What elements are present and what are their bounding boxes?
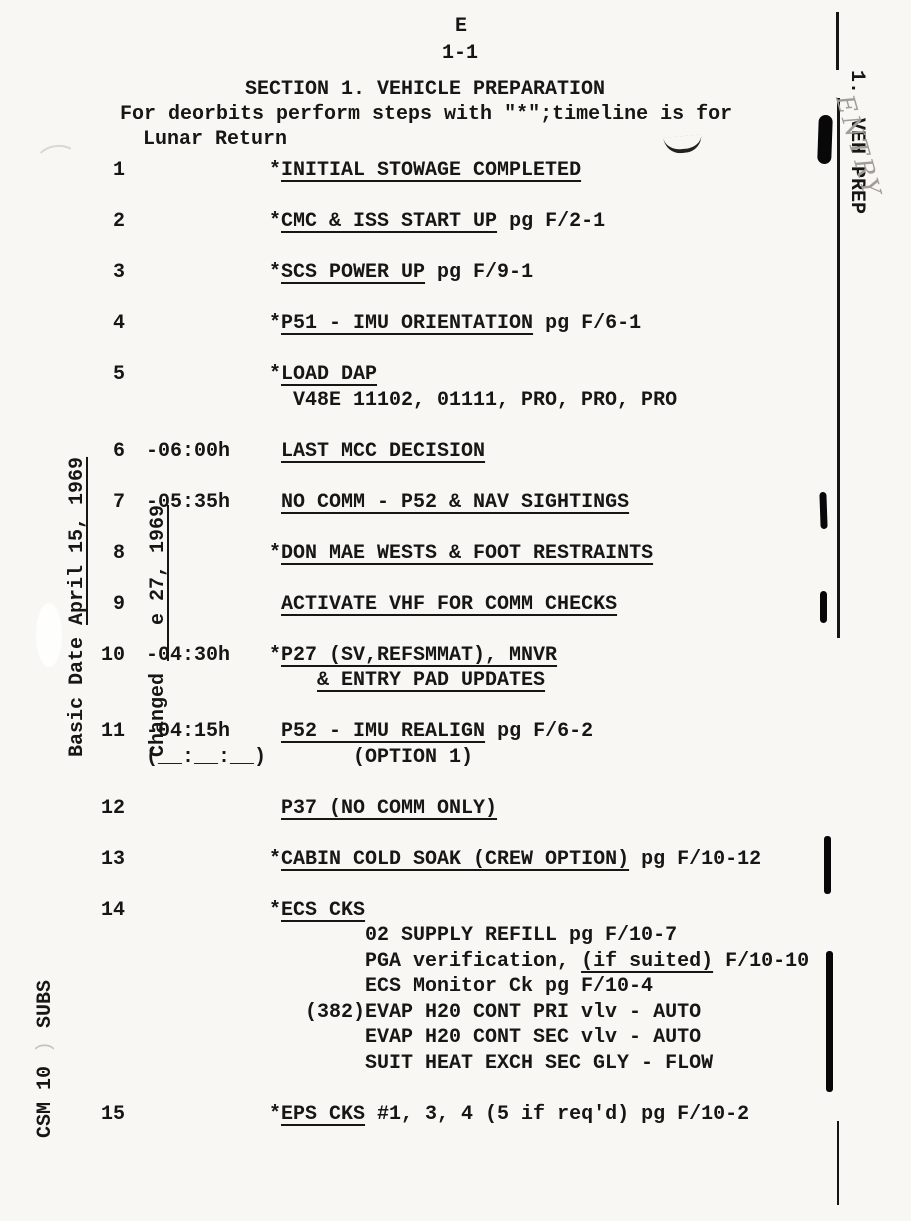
- procedure-text: *: [269, 312, 281, 335]
- checklist-step: 13*CABIN COLD SOAK (CREW OPTION) pg F/10…: [101, 847, 871, 873]
- step-text: LAST MCC DECISION: [269, 439, 871, 465]
- procedure-title: P51 - IMU ORIENTATION: [281, 312, 533, 335]
- step-text: *CMC & ISS START UP pg F/2-1: [269, 209, 871, 235]
- checklist-step: 4*P51 - IMU ORIENTATION pg F/6-1: [101, 311, 871, 337]
- step-text: *EPS CKS #1, 3, 4 (5 if req'd) pg F/10-2: [269, 1102, 871, 1128]
- step-text: *CABIN COLD SOAK (CREW OPTION) pg F/10-1…: [269, 847, 871, 873]
- step-text-line: & ENTRY PAD UPDATES: [269, 668, 871, 694]
- step-text-line: *CMC & ISS START UP pg F/2-1: [269, 209, 871, 235]
- procedure-text: F/10-10: [713, 950, 809, 973]
- step-text-line: *DON MAE WESTS & FOOT RESTRAINTS: [269, 541, 871, 567]
- vehicle-id: CSM 10: [34, 1066, 57, 1138]
- procedure-text: V48E 11102, 01111, PRO, PRO, PRO: [269, 389, 677, 412]
- step-text-line: ACTIVATE VHF FOR COMM CHECKS: [269, 592, 871, 618]
- step-number: 3: [101, 260, 125, 286]
- step-number: 15: [101, 1102, 125, 1128]
- procedure-text: pg F/2-1: [497, 210, 605, 233]
- step-text: *SCS POWER UP pg F/9-1: [269, 260, 871, 286]
- procedure-text: *: [269, 363, 281, 386]
- step-text-line: *P51 - IMU ORIENTATION pg F/6-1: [269, 311, 871, 337]
- page-number: 1-1: [442, 41, 478, 67]
- change-bar-step9: [820, 591, 827, 623]
- procedure-text: pg F/9-1: [425, 261, 533, 284]
- step-text: ACTIVATE VHF FOR COMM CHECKS: [269, 592, 871, 618]
- checklist-step: 5*LOAD DAP V48E 11102, 01111, PRO, PRO, …: [101, 362, 871, 413]
- procedure-text: [269, 440, 281, 463]
- paren-mark: ): [34, 1028, 57, 1066]
- tab-divider-line-mid: [837, 98, 840, 638]
- step-text: *DON MAE WESTS & FOOT RESTRAINTS: [269, 541, 871, 567]
- procedure-text: *: [269, 644, 281, 667]
- step-text-line: (OPTION 1): [269, 745, 871, 771]
- procedure-text: pg F/6-2: [485, 720, 593, 743]
- procedure-text: [269, 491, 281, 514]
- step-text-line: *SCS POWER UP pg F/9-1: [269, 260, 871, 286]
- step-text: *P51 - IMU ORIENTATION pg F/6-1: [269, 311, 871, 337]
- procedure-text: [269, 720, 281, 743]
- change-bar-step14: [826, 951, 833, 1092]
- change-bar-step7: [819, 492, 827, 529]
- procedure-text: pg F/6-1: [533, 312, 641, 335]
- changed-value: e 27, 1969: [147, 505, 170, 661]
- correction-blob: [36, 603, 62, 667]
- procedure-text: PGA verification,: [269, 950, 581, 973]
- step-number: 4: [101, 311, 125, 337]
- procedure-text: [269, 797, 281, 820]
- procedure-text: ECS Monitor Ck pg F/10-4: [269, 975, 653, 998]
- basic-date-label: Basic Date: [66, 625, 89, 757]
- step-text-line: ECS Monitor Ck pg F/10-4: [269, 974, 871, 1000]
- step-text-line: *ECS CKS: [269, 898, 871, 924]
- step-text-line: PGA verification, (if suited) F/10-10: [269, 949, 871, 975]
- checklist-step: 12 P37 (NO COMM ONLY): [101, 796, 871, 822]
- procedure-title: CABIN COLD SOAK (CREW OPTION): [281, 848, 629, 871]
- intro-line-2: Lunar Return: [143, 127, 287, 153]
- procedure-title: CMC & ISS START UP: [281, 210, 497, 233]
- procedure-text: (382)EVAP H20 CONT PRI vlv - AUTO: [269, 1001, 701, 1024]
- step-text: *INITIAL STOWAGE COMPLETED: [269, 158, 871, 184]
- step-text-line: *P27 (SV,REFSMMAT), MNVR: [269, 643, 871, 669]
- tab-divider-line-top: [836, 12, 839, 70]
- procedure-title: DON MAE WESTS & FOOT RESTRAINTS: [281, 542, 653, 565]
- step-text-line: *LOAD DAP: [269, 362, 871, 388]
- step-text: P37 (NO COMM ONLY): [269, 796, 871, 822]
- procedure-text: *: [269, 899, 281, 922]
- procedure-text: #1, 3, 4 (5 if req'd) pg F/10-2: [365, 1103, 749, 1126]
- step-number: 5: [101, 362, 125, 388]
- step-text: P52 - IMU REALIGN pg F/6-2 (OPTION 1): [269, 719, 871, 770]
- checklist-step: 2*CMC & ISS START UP pg F/2-1: [101, 209, 871, 235]
- procedure-text: pg F/10-12: [629, 848, 761, 871]
- change-bar-step13: [824, 836, 831, 894]
- procedure-text: *: [269, 542, 281, 565]
- procedure-text: [269, 593, 281, 616]
- procedure-title: P37 (NO COMM ONLY): [281, 797, 497, 820]
- procedure-title: SCS POWER UP: [281, 261, 425, 284]
- tab-ink-mark: [817, 115, 833, 164]
- scan-arc-artifact: [34, 142, 80, 178]
- page-code: E: [455, 14, 467, 40]
- procedure-text: *: [269, 159, 281, 182]
- procedure-text: *: [269, 1103, 281, 1126]
- procedure-title: LOAD DAP: [281, 363, 377, 386]
- step-text-line: *EPS CKS #1, 3, 4 (5 if req'd) pg F/10-2: [269, 1102, 871, 1128]
- step-number: 12: [101, 796, 125, 822]
- procedure-text: 02 SUPPLY REFILL pg F/10-7: [269, 924, 677, 947]
- procedure-text: *: [269, 210, 281, 233]
- step-text: NO COMM - P52 & NAV SIGHTINGS: [269, 490, 871, 516]
- pen-swoosh-mark: [663, 134, 702, 154]
- tab-divider-line-bottom: [837, 1121, 839, 1205]
- step-text-line: LAST MCC DECISION: [269, 439, 871, 465]
- step-text-line: *CABIN COLD SOAK (CREW OPTION) pg F/10-1…: [269, 847, 871, 873]
- checklist-page: E 1-1 SECTION 1. VEHICLE PREPARATION For…: [0, 0, 911, 1221]
- procedure-title: P27 (SV,REFSMMAT), MNVR: [281, 644, 557, 667]
- step-number: 13: [101, 847, 125, 873]
- procedure-text: (OPTION 1): [269, 746, 473, 769]
- step-number: 1: [101, 158, 125, 184]
- step-text: *LOAD DAP V48E 11102, 01111, PRO, PRO, P…: [269, 362, 871, 413]
- revision-block: Basic Date April 15, 1969 Changed e 27, …: [10, 439, 64, 757]
- procedure-title: & ENTRY PAD UPDATES: [317, 669, 545, 692]
- procedure-title: P52 - IMU REALIGN: [281, 720, 485, 743]
- step-number: 2: [101, 209, 125, 235]
- step-text-line: (382)EVAP H20 CONT PRI vlv - AUTO: [269, 1000, 871, 1026]
- checklist-step: 15*EPS CKS #1, 3, 4 (5 if req'd) pg F/10…: [101, 1102, 871, 1128]
- program-tag: SUBS: [34, 980, 57, 1028]
- vehicle-block: CSM 10)SUBS: [33, 938, 60, 1138]
- procedure-text: [269, 669, 317, 692]
- procedure-title: (if suited): [581, 950, 713, 973]
- procedure-title: ACTIVATE VHF FOR COMM CHECKS: [281, 593, 617, 616]
- procedure-title: ECS CKS: [281, 899, 365, 922]
- checklist-step: 1*INITIAL STOWAGE COMPLETED: [101, 158, 871, 184]
- procedure-text: *: [269, 261, 281, 284]
- procedure-text: *: [269, 848, 281, 871]
- basic-date-value: April 15, 1969: [66, 457, 89, 625]
- step-text: *P27 (SV,REFSMMAT), MNVR & ENTRY PAD UPD…: [269, 643, 871, 694]
- changed-date-line: Changed e 27, 1969: [145, 439, 172, 757]
- procedure-title: INITIAL STOWAGE COMPLETED: [281, 159, 581, 182]
- step-text-line: EVAP H20 CONT SEC vlv - AUTO: [269, 1025, 871, 1051]
- step-text-line: 02 SUPPLY REFILL pg F/10-7: [269, 923, 871, 949]
- procedure-title: LAST MCC DECISION: [281, 440, 485, 463]
- procedure-title: EPS CKS: [281, 1103, 365, 1126]
- procedure-title: NO COMM - P52 & NAV SIGHTINGS: [281, 491, 629, 514]
- step-text-line: V48E 11102, 01111, PRO, PRO, PRO: [269, 388, 871, 414]
- section-title: SECTION 1. VEHICLE PREPARATION: [245, 77, 605, 103]
- changed-label: Changed: [147, 661, 170, 757]
- step-text-line: *INITIAL STOWAGE COMPLETED: [269, 158, 871, 184]
- basic-date-line: Basic Date April 15, 1969: [64, 439, 91, 757]
- step-text-line: P52 - IMU REALIGN pg F/6-2: [269, 719, 871, 745]
- step-text: *ECS CKS 02 SUPPLY REFILL pg F/10-7 PGA …: [269, 898, 871, 1077]
- step-text-line: SUIT HEAT EXCH SEC GLY - FLOW: [269, 1051, 871, 1077]
- step-number: 14: [101, 898, 125, 924]
- checklist-step: 14*ECS CKS 02 SUPPLY REFILL pg F/10-7 PG…: [101, 898, 871, 1077]
- procedure-text: EVAP H20 CONT SEC vlv - AUTO: [269, 1026, 701, 1049]
- checklist-step: 3*SCS POWER UP pg F/9-1: [101, 260, 871, 286]
- intro-line-1: For deorbits perform steps with "*";time…: [120, 102, 732, 128]
- step-text-line: NO COMM - P52 & NAV SIGHTINGS: [269, 490, 871, 516]
- procedure-text: SUIT HEAT EXCH SEC GLY - FLOW: [269, 1052, 713, 1075]
- step-text-line: P37 (NO COMM ONLY): [269, 796, 871, 822]
